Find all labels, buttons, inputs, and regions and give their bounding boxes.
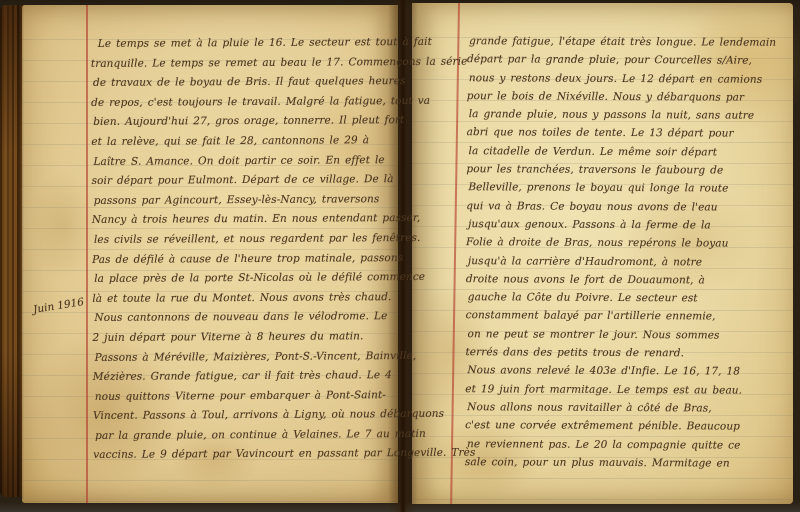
handwriting-line: la place près de la porte St-Nicolas où … — [92, 268, 396, 289]
handwriting-line: sale coin, pour un plus mauvais. Marmita… — [465, 453, 791, 473]
handwriting-line: passons par Agincourt, Essey-lès-Nancy, … — [92, 190, 396, 211]
handwriting-line: Vincent. Passons à Toul, arrivons à Lign… — [93, 405, 397, 426]
handwriting-line: grande fatigue, l'étape était très longu… — [467, 32, 793, 52]
handwriting-line: vaccins. Le 9 départ par Vavincourt en p… — [93, 445, 397, 466]
handwriting-line: Nous avons relevé le 403e d'Infie. Le 16… — [465, 361, 791, 381]
handwriting-line: tranquille. Le temps se remet au beau le… — [91, 53, 395, 74]
handwriting-line: abri que nos toiles de tente. Le 13 dépa… — [467, 124, 793, 144]
handwriting-line: Pas de défilé à cause de l'heure trop ma… — [92, 249, 396, 270]
handwriting-line: de repos, c'est toujours le travail. Mal… — [91, 92, 395, 113]
handwriting-line: bien. Aujourd'hui 27, gros orage, tonner… — [91, 111, 395, 132]
left-page-handwriting: Le temps se met à la pluie le 16. Le sec… — [91, 33, 398, 466]
handwriting-line: et la relève, qui se fait le 28, cantonn… — [91, 131, 395, 152]
handwriting-line: c'est une corvée extrêmement pénible. Be… — [465, 416, 791, 436]
handwriting-line: 2 juin départ pour Viterne à 8 heures du… — [92, 327, 396, 348]
handwriting-line: qui va à Bras. Ce boyau nous avons de l'… — [466, 197, 792, 217]
handwriting-line: gauche la Côte du Poivre. Le secteur est — [466, 288, 792, 308]
handwriting-line: ne reviennent pas. Le 20 la compagnie qu… — [465, 435, 791, 455]
handwriting-line: Passons à Méréville, Maizières, Pont-S.-… — [93, 347, 397, 368]
handwriting-line: Le temps se met à la pluie le 16. Le sec… — [91, 33, 395, 54]
handwriting-line: nous quittons Viterne pour embarquer à P… — [93, 386, 397, 407]
handwriting-line: là et toute la rue du Montet. Nous avons… — [92, 288, 396, 309]
left-page-margin-rule — [86, 5, 88, 503]
handwriting-line: pour le bois de Nixéville. Nous y débarq… — [467, 87, 793, 107]
handwriting-line: pour les tranchées, traversons le faubou… — [466, 160, 792, 180]
handwriting-line: jusqu'aux genoux. Passons à la ferme de … — [466, 215, 792, 235]
handwriting-line: droite nous avons le fort de Douaumont, … — [466, 270, 792, 290]
left-seam-shadow — [19, 5, 24, 499]
handwriting-line: Folie à droite de Bras, nous repérons le… — [466, 233, 792, 253]
handwriting-line: de travaux de le boyau de Bris. Il faut … — [91, 72, 395, 93]
handwriting-line: terrés dans des petits trous de renard. — [465, 343, 791, 363]
handwriting-line: par la grande pluie, on continue à Velai… — [93, 425, 397, 446]
handwriting-line: soir départ pour Eulmont. Départ de ce v… — [92, 170, 396, 191]
notebook-photo: Juin 1916 Le temps se met à la pluie le … — [0, 0, 800, 512]
handwriting-line: constamment balayé par l'artillerie enne… — [466, 307, 792, 327]
right-page-handwriting: grande fatigue, l'étape était très longu… — [465, 32, 793, 473]
handwriting-line: départ par la grande pluie, pour Courcel… — [467, 50, 793, 70]
handwriting-line: Nous allons nous ravitailler à côté de B… — [465, 398, 791, 418]
handwriting-line: Nancy à trois heures du matin. En nous e… — [92, 209, 396, 230]
handwriting-line: Nous cantonnons de nouveau dans le vélod… — [92, 307, 396, 328]
handwriting-line: on ne peut se montrer le jour. Nous somm… — [466, 325, 792, 345]
handwriting-line: Mézières. Grande fatigue, car il fait tr… — [93, 366, 397, 387]
handwriting-line: Belleville, prenons le boyau qui longe l… — [466, 179, 792, 199]
handwriting-line: et 19 juin fort marmitage. Le temps est … — [465, 380, 791, 400]
handwriting-line: Laître S. Amance. On doit partir ce soir… — [91, 151, 395, 172]
handwriting-line: jusqu'à la carrière d'Haudromont, à notr… — [466, 252, 792, 272]
handwriting-line: les civils se réveillent, et nous regard… — [92, 229, 396, 250]
handwriting-line: la grande pluie, nous y passons la nuit,… — [467, 105, 793, 125]
handwriting-line: la citadelle de Verdun. Le même soir dép… — [466, 142, 792, 162]
handwriting-line: nous y restons deux jours. Le 12 départ … — [467, 69, 793, 89]
